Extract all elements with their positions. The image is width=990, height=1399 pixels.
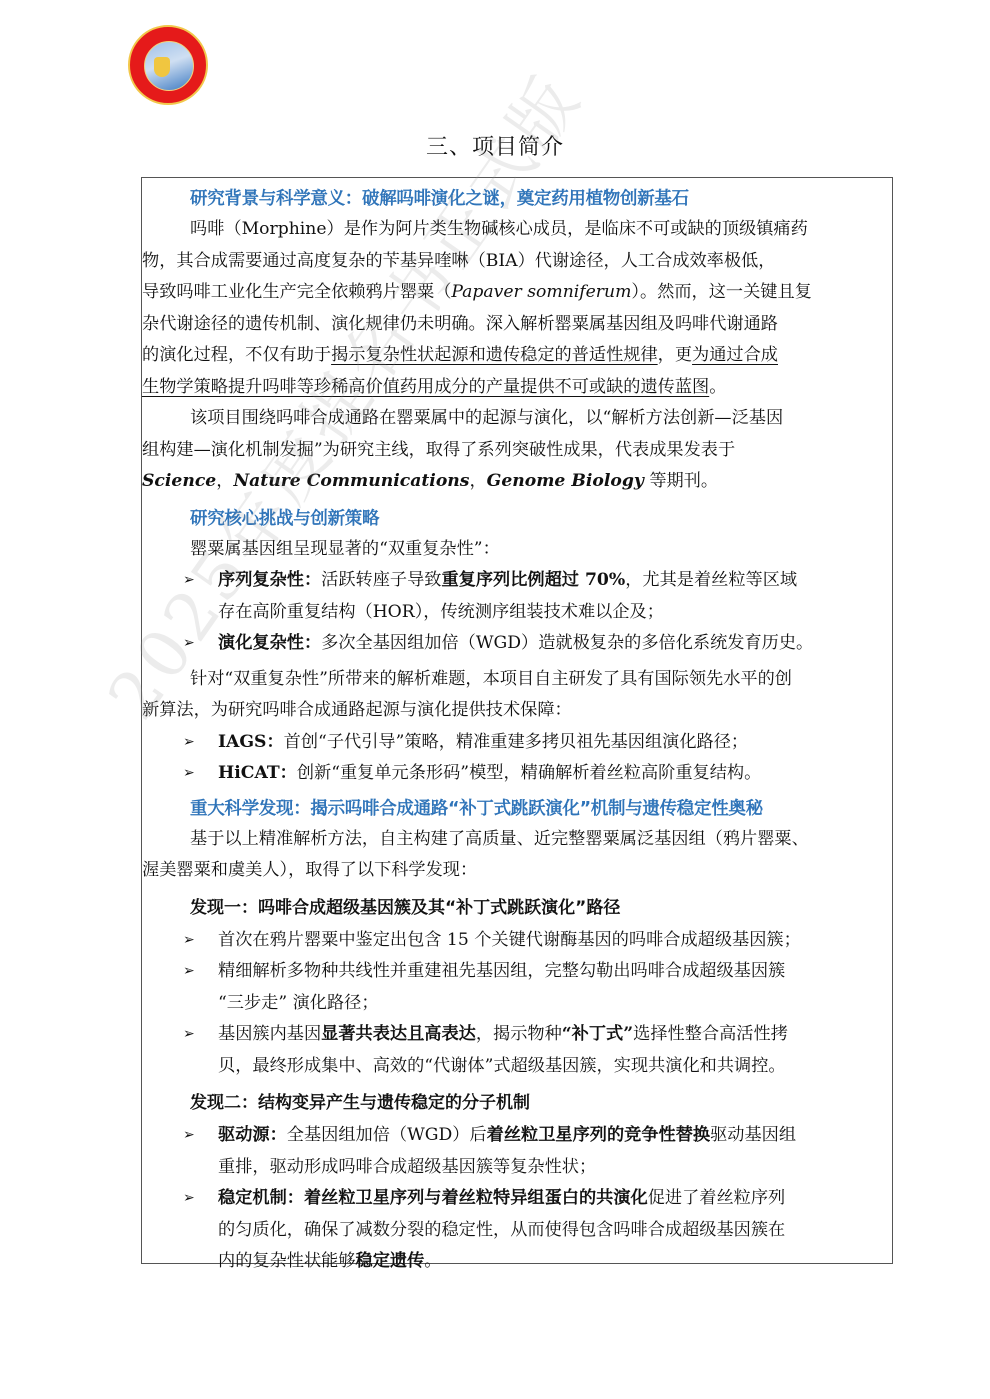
text-span: 基因簇内基因	[218, 1024, 321, 1044]
text-line: 该项目围绕吗啡合成通路在罂粟属中的起源与演化，以“解析方法创新—泛基因	[190, 403, 884, 435]
text-line: “三步走” 演化路径；	[218, 988, 884, 1020]
text-span: 促进了着丝粒序列	[648, 1188, 786, 1208]
text-span: 。	[709, 377, 726, 397]
list-item: ➢ 演化复杂性：多次全基因组加倍（WGD）造就极复杂的多倍化系统发育历史。	[188, 628, 884, 660]
text-span: 活跃转座子导致	[321, 570, 441, 590]
text-span: ）。然而，这一关键且复	[631, 282, 811, 302]
tool-name: IAGS：	[218, 732, 284, 752]
list-item: ➢ 稳定机制：着丝粒卫星序列与着丝粒特异组蛋白的共演化促进了着丝粒序列 的匀质化…	[188, 1183, 884, 1278]
page-title: 三、项目简介	[0, 130, 990, 161]
project-summary-box: 研究背景与科学意义：破解吗啡演化之谜，奠定药用植物创新基石 吗啡（Morphin…	[141, 177, 893, 1264]
arrow-bullet-icon: ➢	[183, 565, 195, 597]
bold-text: “补丁式”	[562, 1024, 633, 1044]
text-span: 导致吗啡工业化生产完全依赖鸦片罂粟（	[142, 282, 451, 302]
list-item: ➢ 首次在鸦片罂粟中鉴定出包含 15 个关键代谢酶基因的吗啡合成超级基因簇；	[188, 925, 884, 957]
bullet-label: 演化复杂性：	[218, 633, 321, 653]
text-span: ，尤其是着丝粒等区域	[625, 570, 797, 590]
journal-name: Science	[142, 471, 216, 491]
text-span: 首创“子代引导”策略，精准重建多拷贝祖先基因组演化路径；	[284, 732, 748, 752]
list-item: ➢ 基因簇内基因显著共表达且高表达，揭示物种“补丁式”选择性整合高活性拷 贝，最…	[188, 1019, 884, 1082]
text-span: 等期刊。	[644, 471, 718, 491]
arrow-bullet-icon: ➢	[183, 727, 195, 759]
text-line: 杂代谢途径的遗传机制、演化规律仍未明确。深入解析罂粟属基因组及吗啡代谢通路	[142, 309, 884, 341]
text-span: 内的复杂性状能够	[218, 1251, 356, 1271]
bullet-label: 序列复杂性：	[218, 570, 321, 590]
text-span: ，	[216, 471, 233, 491]
bullet-label: 驱动源：	[218, 1125, 287, 1145]
paragraph-background: 吗啡（Morphine）是作为阿片类生物碱核心成员，是临床不可或缺的顶级镇痛药 …	[190, 214, 884, 403]
text-line: 基于以上精准解析方法，自主构建了高质量、近完整罂粟属泛基因组（鸦片罂粟、	[190, 824, 884, 856]
bold-text: 稳定遗传	[356, 1251, 425, 1271]
text-line: 罂粟属基因组呈现显著的“双重复杂性”：	[190, 534, 884, 566]
finding-one-heading: 发现一：吗啡合成超级基因簇及其“补丁式跳跃演化”路径	[190, 891, 884, 925]
text-line: 组构建—演化机制发掘”为研究主线，取得了系列突破性成果，代表成果发表于	[142, 435, 884, 467]
arrow-bullet-icon: ➢	[183, 925, 195, 957]
list-item: ➢ IAGS：首创“子代引导”策略，精准重建多拷贝祖先基因组演化路径；	[188, 727, 884, 759]
bold-text: 显著共表达且高表达	[321, 1024, 476, 1044]
section-heading-discovery: 重大科学发现：揭示吗啡合成通路“补丁式跳跃演化”机制与遗传稳定性奥秘	[190, 794, 884, 824]
text-line: 的演化过程，不仅有助于揭示复杂性状起源和遗传稳定的普适性规律，更为通过合成	[142, 340, 884, 372]
bold-text: 着丝粒卫星序列的竞争性替换	[487, 1125, 710, 1145]
arrow-bullet-icon: ➢	[183, 1183, 195, 1215]
underlined-text: 为通过合成	[692, 345, 778, 365]
text-line: 贝，最终形成集中、高效的“代谢体”式超级基因簇，实现共演化和共调控。	[218, 1051, 884, 1083]
text-line: 渥美罂粟和虞美人），取得了以下科学发现：	[142, 855, 884, 887]
list-item: ➢ 驱动源：全基因组加倍（WGD）后着丝粒卫星序列的竞争性替换驱动基因组 重排，…	[188, 1120, 884, 1183]
journal-name: Genome Biology	[487, 471, 644, 491]
text-span: 全基因组加倍（WGD）后	[287, 1125, 487, 1145]
text-span: ，	[469, 471, 486, 491]
section-heading-challenge: 研究核心挑战与创新策略	[190, 504, 884, 534]
text-span: 选择性整合高活性拷	[633, 1024, 788, 1044]
text-span: 的演化过程，不仅有助于	[142, 345, 331, 365]
text-span: 创新“重复单元条形码”模型，精确解析着丝粒高阶重复结构。	[297, 763, 761, 783]
text-line: 的匀质化，确保了减数分裂的稳定性，从而使得包含吗啡合成超级基因簇在	[218, 1215, 884, 1247]
project-summary-content: 研究背景与科学意义：破解吗啡演化之谜，奠定药用植物创新基石 吗啡（Morphin…	[190, 184, 884, 1278]
journal-name: Nature Communications	[233, 471, 469, 491]
text-line: 针对“双重复杂性”所带来的解析难题，本项目自主研发了具有国际领先水平的创	[190, 664, 884, 696]
text-span: 。	[424, 1251, 441, 1271]
finding-two-heading: 发现二：结构变异产生与遗传稳定的分子机制	[190, 1086, 884, 1120]
text-line: 物，其合成需要通过高度复杂的苄基异喹啉（BIA）代谢途径，人工合成效率极低，	[142, 246, 884, 278]
list-item: ➢ 精细解析多物种共线性并重建祖先基因组，完整勾勒出吗啡合成超级基因簇 “三步走…	[188, 956, 884, 1019]
bold-text: 着丝粒卫星序列与着丝粒特异组蛋白的共演化	[304, 1188, 648, 1208]
list-item: ➢ 序列复杂性：活跃转座子导致重复序列比例超过 70%，尤其是着丝粒等区域 存在…	[188, 565, 884, 628]
text-line: 导致吗啡工业化生产完全依赖鸦片罂粟（Papaver somniferum）。然而…	[142, 277, 884, 309]
text-span: ，揭示物种	[476, 1024, 562, 1044]
tool-name: HiCAT：	[218, 763, 297, 783]
paragraph-achievements: 该项目围绕吗啡合成通路在罂粟属中的起源与演化，以“解析方法创新—泛基因 组构建—…	[190, 403, 884, 498]
text-line: 存在高阶重复结构（HOR），传统测序组装技术难以企及；	[218, 597, 884, 629]
arrow-bullet-icon: ➢	[183, 1019, 195, 1051]
text-line: 吗啡（Morphine）是作为阿片类生物碱核心成员，是临床不可或缺的顶级镇痛药	[190, 214, 884, 246]
species-name: Papaver somniferum	[451, 282, 631, 302]
bullet-label: 稳定机制：	[218, 1188, 304, 1208]
organization-seal-logo	[128, 25, 208, 105]
text-span: ，更	[658, 345, 692, 365]
text-line: 新算法，为研究吗啡合成通路起源与演化提供技术保障：	[142, 695, 884, 727]
text-span: 多次全基因组加倍（WGD）造就极复杂的多倍化系统发育历史。	[321, 633, 813, 653]
arrow-bullet-icon: ➢	[183, 956, 195, 988]
bold-text: 重复序列比例超过 70%	[441, 570, 625, 590]
list-item: ➢ HiCAT：创新“重复单元条形码”模型，精确解析着丝粒高阶重复结构。	[188, 758, 884, 790]
text-span: 首次在鸦片罂粟中鉴定出包含 15 个关键代谢酶基因的吗啡合成超级基因簇；	[218, 930, 801, 950]
underlined-text: 生物学策略提升吗啡等珍稀高价值药用成分的产量提供不可或缺的遗传蓝图	[142, 377, 709, 397]
arrow-bullet-icon: ➢	[183, 1120, 195, 1152]
text-line: Science，Nature Communications，Genome Bio…	[142, 466, 884, 498]
trophy-icon	[154, 57, 170, 77]
text-line: 生物学策略提升吗啡等珍稀高价值药用成分的产量提供不可或缺的遗传蓝图。	[142, 372, 884, 404]
underlined-text: 揭示复杂性状起源和遗传稳定的普适性规律	[331, 345, 658, 365]
section-heading-background: 研究背景与科学意义：破解吗啡演化之谜，奠定药用植物创新基石	[190, 184, 884, 214]
text-span: 精细解析多物种共线性并重建祖先基因组，完整勾勒出吗啡合成超级基因簇	[218, 961, 785, 981]
text-span: 驱动基因组	[710, 1125, 796, 1145]
arrow-bullet-icon: ➢	[183, 628, 195, 660]
arrow-bullet-icon: ➢	[183, 758, 195, 790]
text-line: 内的复杂性状能够稳定遗传。	[218, 1246, 884, 1278]
text-line: 重排，驱动形成吗啡合成超级基因簇等复杂性状；	[218, 1152, 884, 1184]
